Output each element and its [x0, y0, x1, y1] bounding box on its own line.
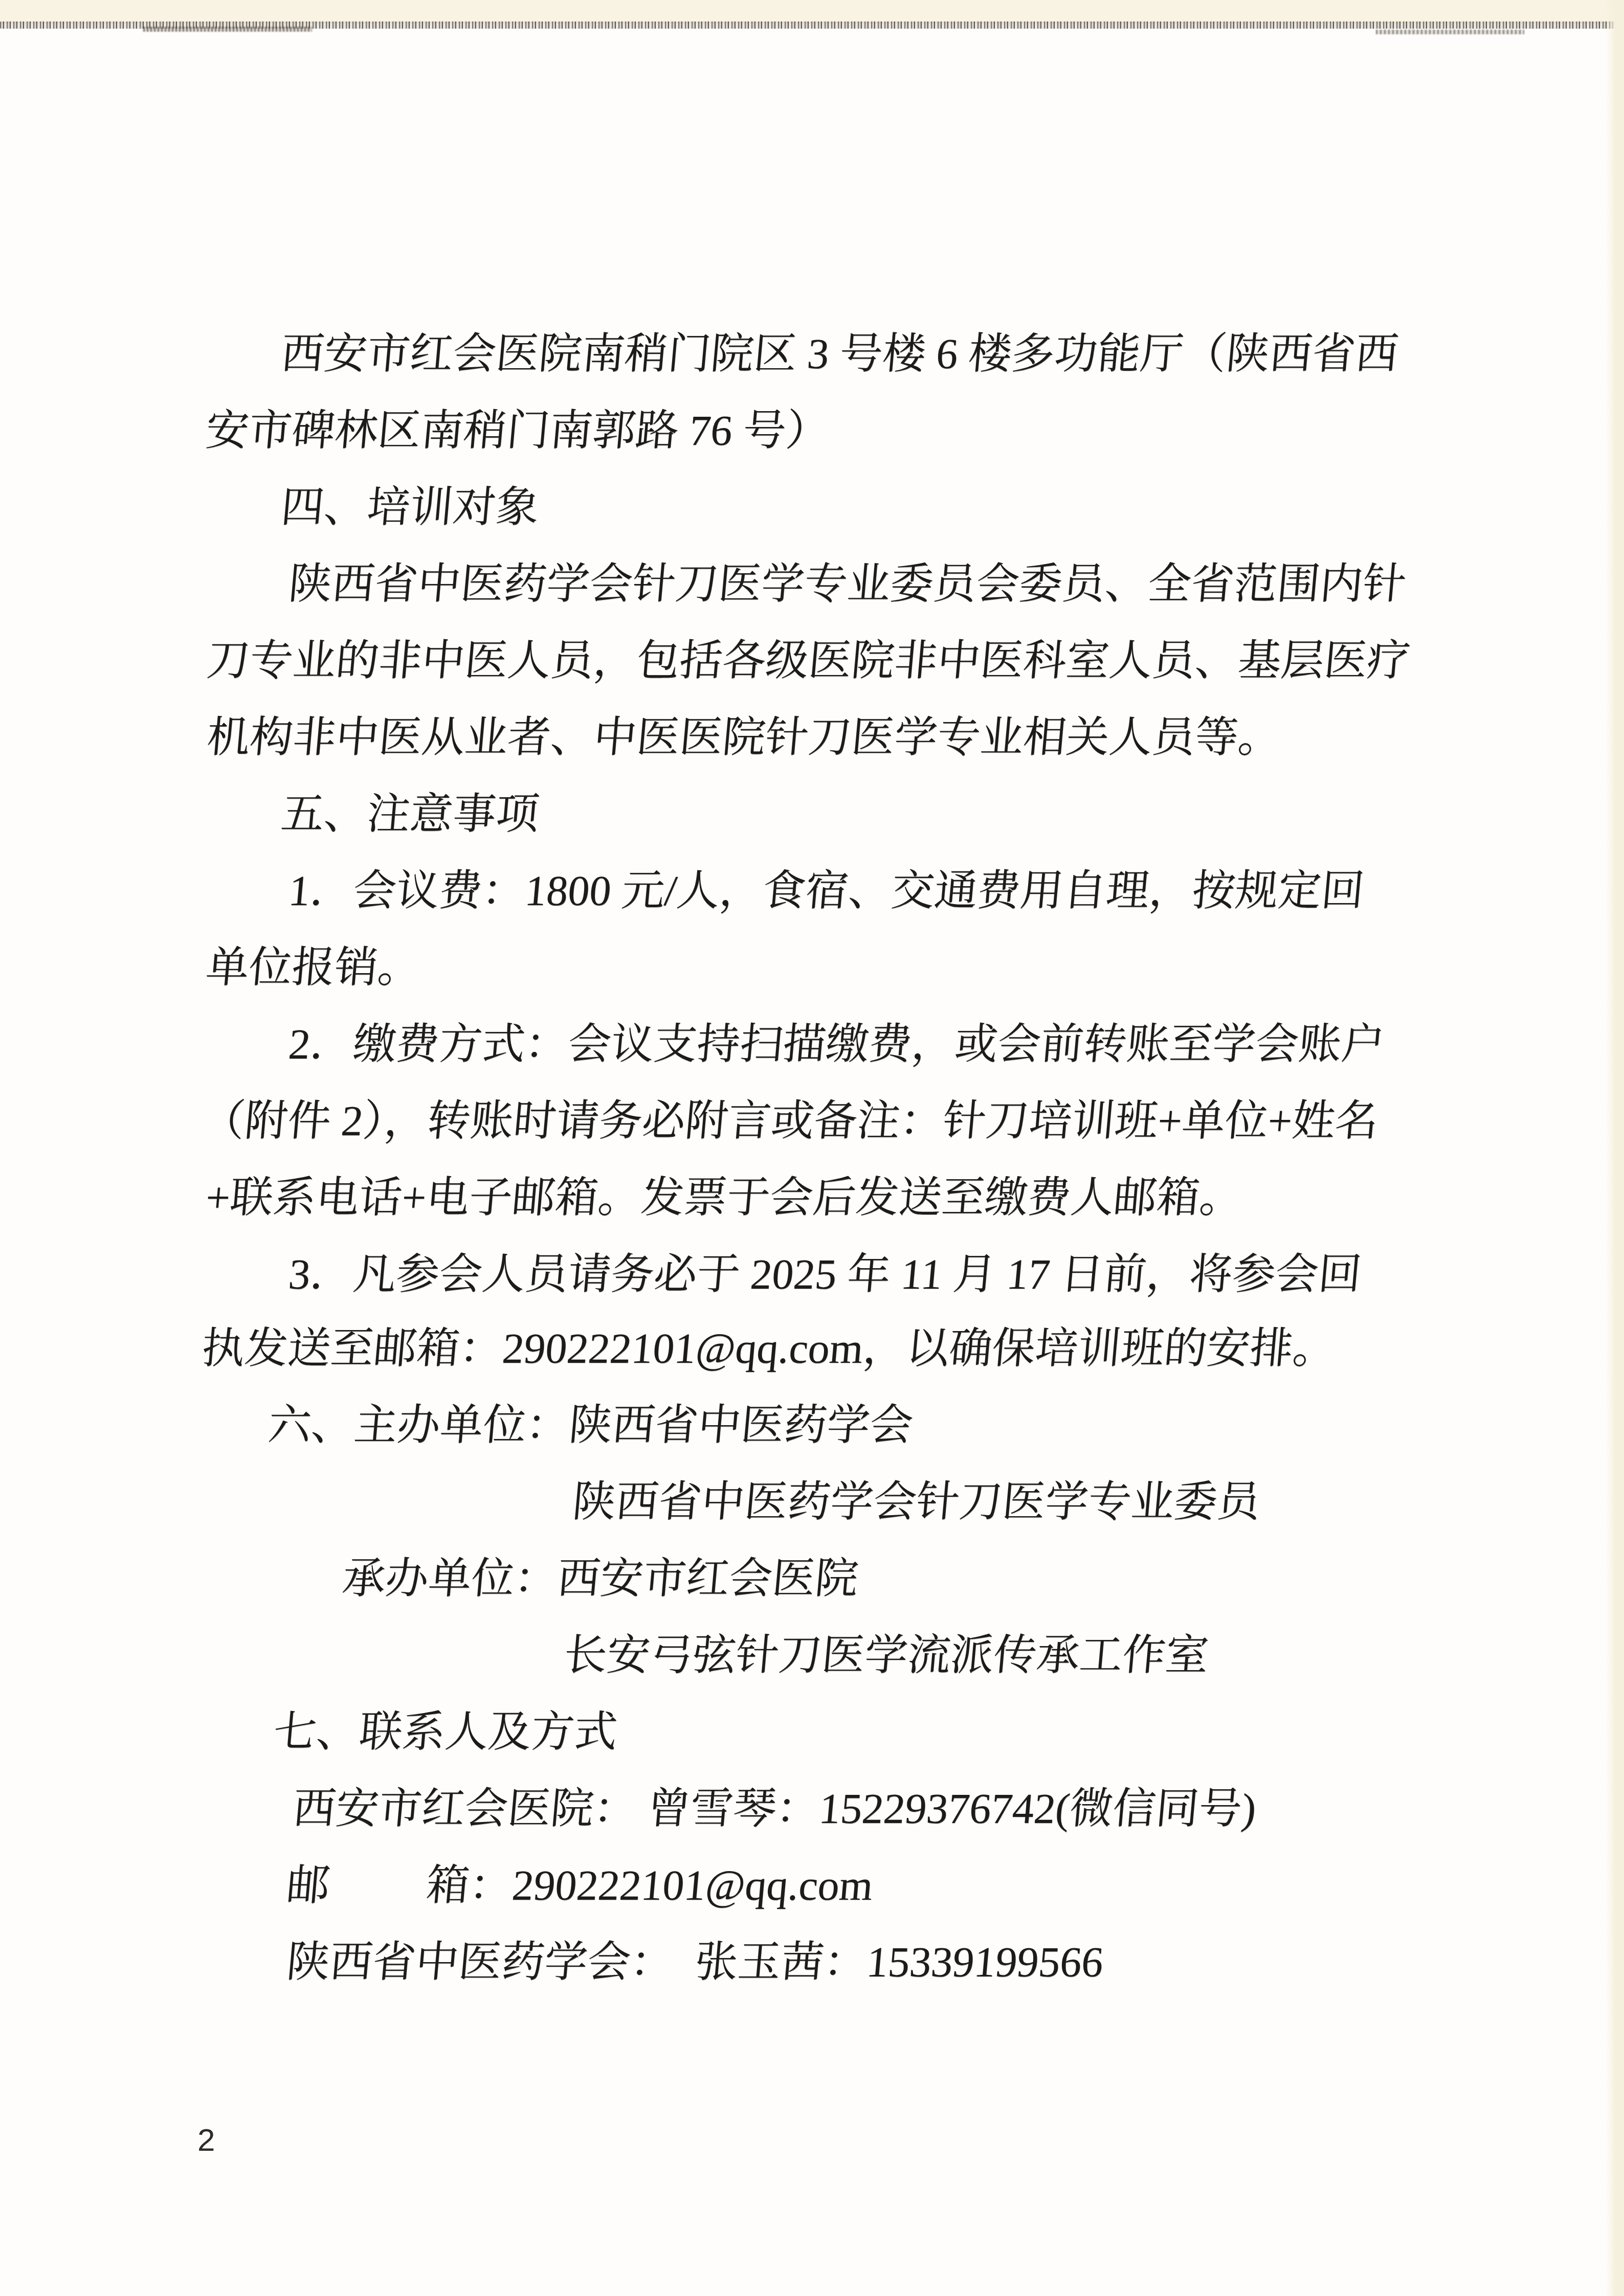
document-line: 3．凡参会人员请务必于 2025 年 11 月 17 日前，将参会回: [286, 1248, 1364, 1301]
scan-edge-artifact: [143, 27, 312, 32]
scanned-document-page: 西安市红会医院南稍门院区 3 号楼 6 楼多功能厅（陕西省西 安市碑林区南稍门南…: [0, 0, 1624, 2296]
scan-edge-artifact: [1376, 30, 1524, 34]
scanner-top-edge: [0, 0, 1624, 24]
section-heading: 七、联系人及方式: [271, 1705, 619, 1759]
page-number: 2: [197, 2122, 215, 2158]
document-line: 机构非中医从业者、中医医院针刀医学专业相关人员等。: [205, 711, 1283, 764]
document-line: 2．缴费方式：会议支持扫描缴费，或会前转账至学会账户: [286, 1018, 1387, 1071]
document-line: 长安弓弦针刀医学流派传承工作室: [562, 1629, 1211, 1682]
section-heading: 六、主办单位：陕西省中医药学会: [266, 1399, 915, 1452]
document-line: 陕西省中医药学会针刀医学专业委员会委员、全省范围内针: [286, 557, 1408, 611]
contact-line: 西安市红会医院： 曾雪琴：15229376742(微信同号): [291, 1782, 1258, 1836]
document-line: 安市碑林区南稍门南郭路 76 号）: [204, 404, 831, 458]
document-line: 执发送至邮箱：290222101@qq.com，以确保培训班的安排。: [199, 1322, 1338, 1376]
section-heading: 四、培训对象: [279, 481, 541, 534]
contact-line: 陕西省中医药学会： 张玉茜：15339199566: [284, 1935, 1105, 1989]
document-line: 单位报销。: [204, 941, 423, 995]
document-line: （附件 2），转账时请务必附言或备注：针刀培训班+单位+姓名: [199, 1094, 1381, 1148]
document-line: 陕西省中医药学会针刀医学专业委员: [570, 1475, 1262, 1529]
document-line: +联系电话+电子邮箱。发票于会后发送至缴费人邮箱。: [204, 1171, 1245, 1225]
section-heading: 五、注意事项: [279, 787, 541, 841]
document-line: 刀专业的非中医人员，包括各级医院非中医科室人员、基层医疗: [205, 634, 1412, 688]
document-line: 1．会议费：1800 元/人，食宿、交通费用自理，按规定回: [286, 864, 1367, 918]
contact-line: 邮 箱：290222101@qq.com: [284, 1859, 875, 1912]
document-line: 西安市红会医院南稍门院区 3 号楼 6 楼多功能厅（陕西省西: [279, 327, 1400, 381]
document-line: 承办单位：西安市红会医院: [340, 1552, 860, 1606]
scanner-right-edge: [1606, 0, 1624, 2296]
